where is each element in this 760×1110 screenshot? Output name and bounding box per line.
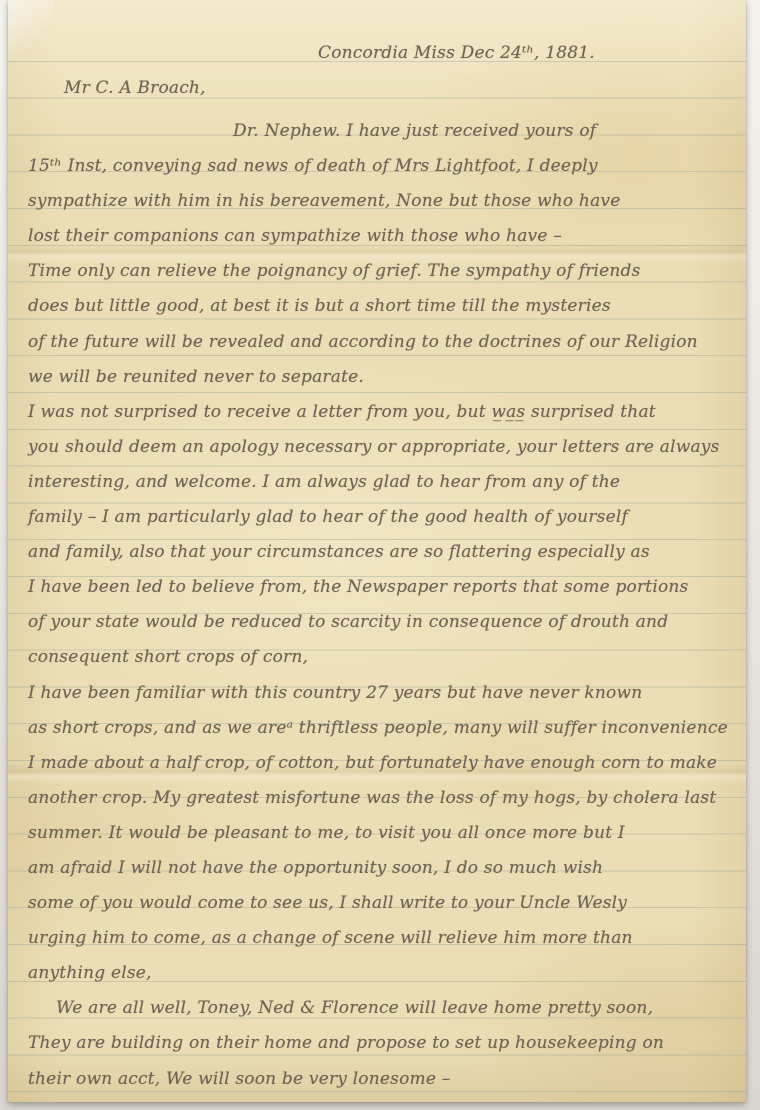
letter-line: you should deem an apology necessary or … bbox=[28, 430, 738, 465]
letter-line: Dr. Nephew. I have just received yours o… bbox=[28, 114, 738, 149]
letter-line: their own acct, We will soon be very lon… bbox=[28, 1062, 738, 1097]
letter-line: another crop. My greatest misfortune was… bbox=[28, 781, 738, 816]
letter-line: I made about a half crop, of cotton, but… bbox=[28, 746, 738, 781]
letter-content: Concordia Miss Dec 24ᵗʰ, 1881. Mr C. A B… bbox=[8, 0, 746, 1102]
letter-line: does but little good, at best it is but … bbox=[28, 289, 738, 324]
letter-line: of your state would be reduced to scarci… bbox=[28, 605, 738, 640]
date-line: Concordia Miss Dec 24ᵗʰ, 1881. bbox=[318, 36, 738, 71]
letter-line: consequent short crops of corn, bbox=[28, 640, 738, 675]
letter-line: anything else, bbox=[28, 956, 738, 991]
recipient-line: Mr C. A Broach, bbox=[64, 71, 738, 106]
letter-line: interesting, and welcome. I am always gl… bbox=[28, 465, 738, 500]
letter-line: as short crops, and as we areᵃ thriftles… bbox=[28, 711, 738, 746]
letter-line: lost their companions can sympathize wit… bbox=[28, 219, 738, 254]
letter-line: of the future will be revealed and accor… bbox=[28, 325, 738, 360]
letter-line: family – I am particularly glad to hear … bbox=[28, 500, 738, 535]
letter-line: summer. It would be pleasant to me, to v… bbox=[28, 816, 738, 851]
letter-line: am afraid I will not have the opportunit… bbox=[28, 851, 738, 886]
letter-line: We are all well, Toney, Ned & Florence w… bbox=[28, 991, 738, 1026]
letter-line: we will be reunited never to separate. bbox=[28, 360, 738, 395]
letter-line: I have been led to believe from, the New… bbox=[28, 570, 738, 605]
letter-line: They are building on their home and prop… bbox=[28, 1026, 738, 1061]
letter-line: sympathize with him in his bereavement, … bbox=[28, 184, 738, 219]
letter-line: some of you would come to see us, I shal… bbox=[28, 886, 738, 921]
letter-line: Time only can relieve the poignancy of g… bbox=[28, 254, 738, 289]
scan-background: Concordia Miss Dec 24ᵗʰ, 1881. Mr C. A B… bbox=[0, 0, 760, 1110]
letter-paper: Concordia Miss Dec 24ᵗʰ, 1881. Mr C. A B… bbox=[8, 0, 746, 1102]
letter-body: Dr. Nephew. I have just received yours o… bbox=[28, 114, 738, 1097]
letter-line: I have been familiar with this country 2… bbox=[28, 676, 738, 711]
letter-line: I was not surprised to receive a letter … bbox=[28, 395, 738, 430]
letter-line: and family, also that your circumstances… bbox=[28, 535, 738, 570]
letter-line: urging him to come, as a change of scene… bbox=[28, 921, 738, 956]
letter-line: 15ᵗʰ Inst, conveying sad news of death o… bbox=[28, 149, 738, 184]
